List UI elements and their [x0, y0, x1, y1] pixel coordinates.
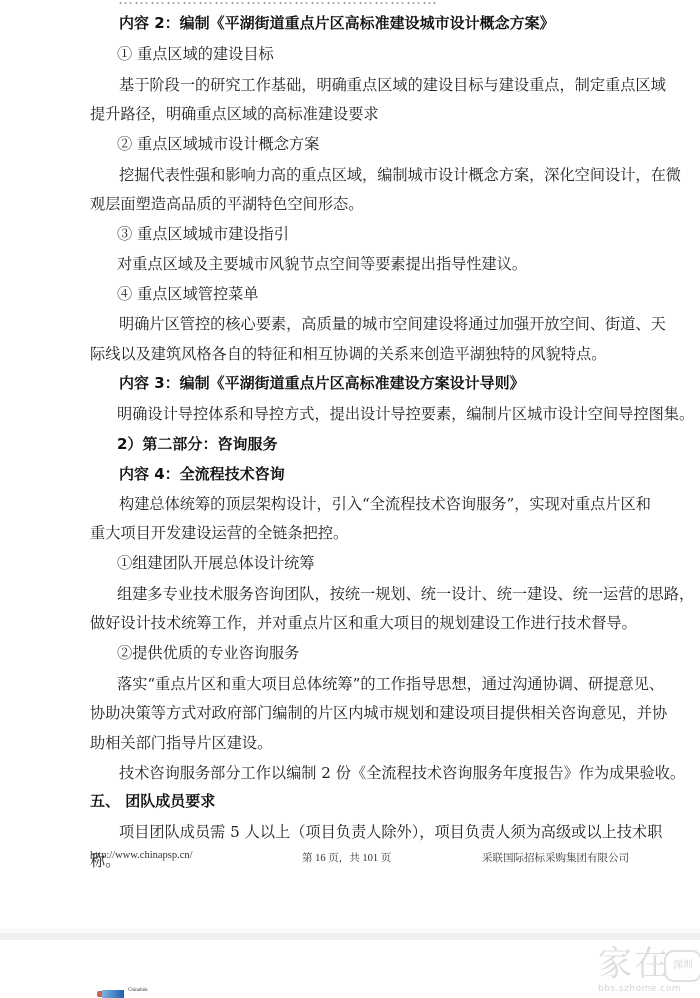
- document-page: …………………………………………………… 内容 2：编制《平湖街道重点片区高标准…: [0, 0, 700, 928]
- logo-bar-icon: [102, 990, 124, 998]
- footer-page-info: 第 16 页，共 101 页: [302, 850, 391, 865]
- paragraph-line: 明确设计导控体系和导控方式，提出设计导控要素，编制片区城市设计空间导控图集。: [117, 404, 694, 424]
- section-heading: 内容 2：编制《平湖街道重点片区高标准建设城市设计概念方案》: [119, 13, 555, 33]
- paragraph-line: ② 重点区域城市设计概念方案: [117, 134, 319, 154]
- paragraph-line: 技术咨询服务部分工作以编制 2 份《全流程技术咨询服务年度报告》作为成果验收。: [119, 763, 685, 783]
- watermark-badge: 深圳: [664, 950, 700, 982]
- paragraph-line: ③ 重点区域城市建设指引: [117, 224, 289, 244]
- cut-off-line: ……………………………………………………: [118, 0, 478, 5]
- footer-url[interactable]: http://www.chinapsp.cn/: [90, 850, 193, 861]
- paragraph-line: ④ 重点区域管控菜单: [117, 284, 259, 304]
- paragraph-line: 明确片区管控的核心要素，高质量的城市空间建设将通过加强开放空间、街道、天: [119, 314, 666, 334]
- paragraph-line: 挖掘代表性强和影响力高的重点区域，编制城市设计概念方案，深化空间设计，在微: [119, 165, 681, 185]
- section-heading: 五、 团队成员要求: [90, 791, 215, 811]
- paragraph-line: 对重点区域及主要城市风貌节点空间等要素提出指导性建议。: [117, 254, 527, 274]
- logo-text: Chinalink: [128, 988, 148, 993]
- paragraph-line: 构建总体统筹的顶层架构设计，引入“全流程技术咨询服务”，实现对重点片区和: [119, 494, 651, 514]
- paragraph-line: ②提供优质的专业咨询服务: [117, 643, 299, 663]
- section-heading: 内容 4：全流程技术咨询: [119, 464, 285, 484]
- paragraph-line: 协助决策等方式对政府部门编制的片区内城市规划和建设项目提供相关咨询意见，并协: [90, 703, 667, 723]
- paragraph-line: 观层面塑造高品质的平湖特色空间形态。: [90, 194, 363, 214]
- paragraph-line: 重大项目开发建设运营的全链条把控。: [90, 523, 348, 543]
- paragraph-line: 项目团队成员需 5 人以上（项目负责人除外），项目负责人须为高级或以上技术职: [119, 822, 662, 842]
- page-separator: [0, 933, 700, 940]
- paragraph-line: 提升路径，明确重点区域的高标准建设要求: [90, 104, 379, 124]
- section-heading: 2）第二部分：咨询服务: [117, 434, 277, 454]
- paragraph-line: 落实“重点片区和重大项目总体统筹”的工作指导思想，通过沟通协调、研提意见、: [117, 674, 664, 694]
- section-heading: 内容 3：编制《平湖街道重点片区高标准建设方案设计导则》: [119, 373, 525, 393]
- paragraph-line: ① 重点区域的建设目标: [117, 44, 274, 64]
- watermark-main: 家在: [598, 944, 670, 984]
- paragraph-line: 际线以及建筑风格各自的特征和相互协调的关系来创造平湖独特的风貌特点。: [90, 344, 606, 364]
- paragraph-line: ①组建团队开展总体设计统筹: [117, 553, 314, 573]
- paragraph-line: 基于阶段一的研究工作基础，明确重点区域的建设目标与建设重点，制定重点区域: [119, 75, 666, 95]
- watermark-url: bbs.szhome.com: [598, 984, 681, 994]
- company-logo-icon: [97, 990, 127, 998]
- footer-company: 采联国际招标采购集团有限公司: [482, 850, 629, 865]
- watermark: 家在 深圳 bbs.szhome.com: [598, 946, 700, 996]
- paragraph-line: 做好设计技术统筹工作，并对重点片区和重大项目的规划建设工作进行技术督导。: [90, 613, 637, 633]
- paragraph-line: 助相关部门指导片区建设。: [90, 733, 272, 753]
- paragraph-line: 组建多专业技术服务咨询团队，按统一规划、统一设计、统一建设、统一运营的思路，: [117, 584, 694, 604]
